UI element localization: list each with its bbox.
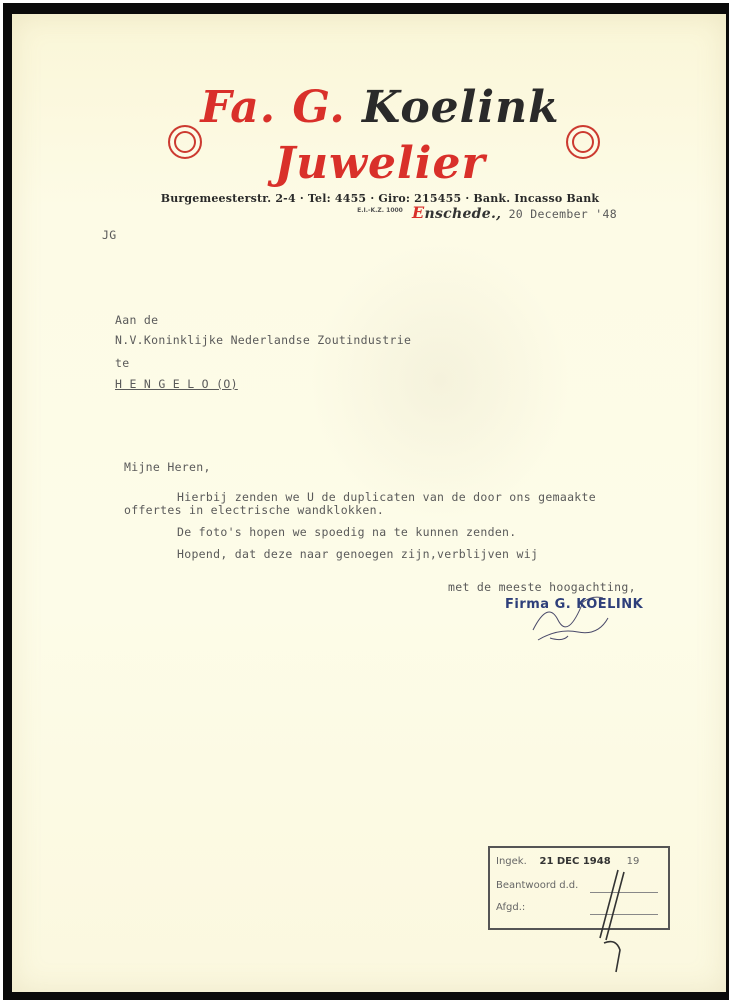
received-stamp-row-1: Ingek. 21 DEC 1948 19 — [496, 856, 639, 867]
received-date: 21 DEC 1948 — [539, 856, 610, 867]
letterhead: Fa. G. Koelink Juwelier Burgemeesterstr.… — [160, 80, 600, 214]
recipient-city: H E N G E L O (O) — [115, 377, 238, 391]
reference-initials: JG — [102, 228, 116, 242]
received-year-suffix: 19 — [627, 856, 640, 867]
body-paragraph-1-line-1: Hierbij zenden we U de duplicaten van de… — [177, 490, 596, 504]
received-stamp-row-3: Afgd.: — [496, 902, 525, 913]
watermark — [310, 240, 570, 520]
recipient-line-1: Aan de — [115, 313, 158, 327]
letterhead-title-suffix: Juwelier — [274, 138, 485, 189]
place-and-date: Enschede., 20 December '48 — [412, 203, 617, 222]
received-stamp-row-2: Beantwoord d.d. — [496, 880, 578, 891]
recipient-line-3: te — [115, 356, 129, 370]
recipient-line-2: N.V.Koninklijke Nederlandse Zoutindustri… — [115, 333, 411, 347]
letterhead-title: Fa. G. Koelink Juwelier — [160, 80, 600, 192]
letter-date: 20 December '48 — [509, 207, 617, 221]
salutation: Mijne Heren, — [124, 460, 211, 474]
place-rest: nschede., — [425, 206, 502, 222]
received-stamp: Ingek. 21 DEC 1948 19 Beantwoord d.d. Af… — [488, 846, 670, 930]
pen-mark-icon — [590, 868, 630, 973]
company-stamp: Firma G. KOELINK — [505, 597, 643, 612]
received-label: Ingek. — [496, 856, 527, 867]
place-initial: E — [412, 203, 425, 222]
body-paragraph-1-line-2: offertes in electrische wandklokken. — [124, 503, 384, 517]
body-paragraph-3: Hopend, dat deze naar genoegen zijn,verb… — [177, 547, 538, 561]
place-name: Enschede., — [412, 206, 501, 222]
letterhead-title-prefix: Fa. G. — [200, 82, 345, 133]
body-paragraph-2: De foto's hopen we spoedig na te kunnen … — [177, 525, 517, 539]
letterhead-title-name: Koelink — [362, 82, 560, 133]
